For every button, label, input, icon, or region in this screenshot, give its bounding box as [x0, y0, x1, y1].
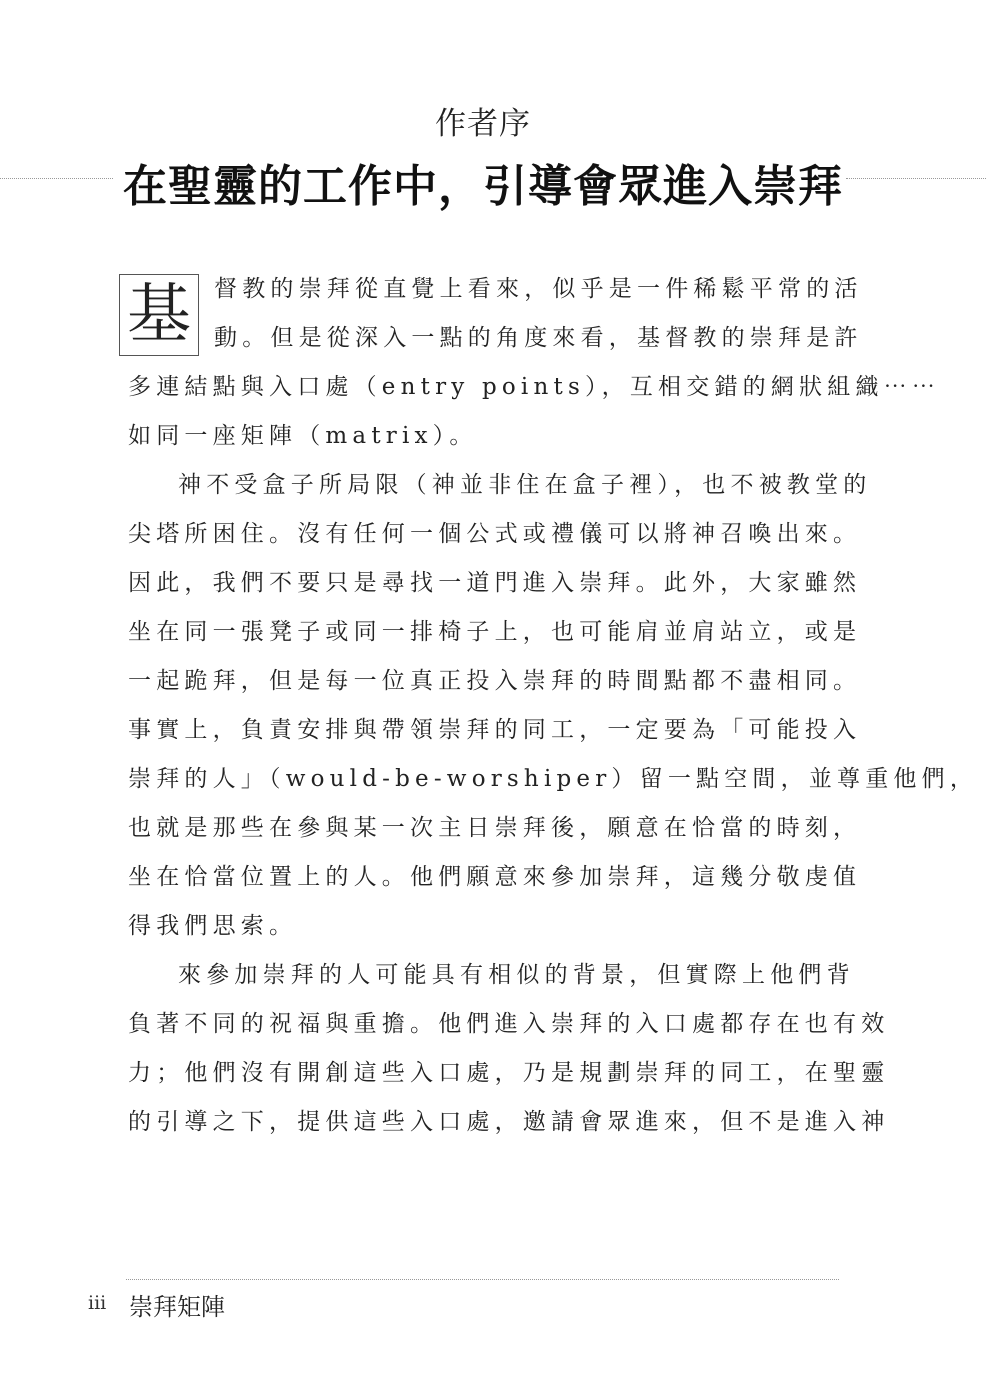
running-footer-title: 崇拜矩陣: [129, 1287, 225, 1322]
body-text: 基 督教的崇拜從直覺上看來，似乎是一件稀鬆平常的活 動。但是從深入一點的角度來看…: [128, 265, 840, 1147]
text-line: 督教的崇拜從直覺上看來，似乎是一件稀鬆平常的活: [128, 265, 840, 314]
text-line: 一起跪拜，但是每一位真正投入崇拜的時間點都不盡相同。: [128, 657, 840, 706]
text-line: 來參加崇拜的人可能具有相似的背景，但實際上他們背: [128, 951, 840, 1000]
text-line: 事實上，負責安排與帶領崇拜的同工，一定要為「可能投入: [128, 706, 840, 755]
text-line: 力；他們沒有開創這些入口處，乃是規劃崇拜的同工，在聖靈: [128, 1049, 840, 1098]
preface-label: 作者序: [0, 98, 966, 143]
text-line: 也就是那些在參與某一次主日崇拜後，願意在恰當的時刻，: [128, 804, 840, 853]
text-line: 如同一座矩陣（matrix）。: [128, 412, 840, 461]
text-line: 神不受盒子所局限（神並非住在盒子裡），也不被教堂的: [128, 461, 840, 510]
text-line: 得我們思索。: [128, 902, 840, 951]
chapter-title: 在聖靈的工作中，引導會眾進入崇拜: [0, 150, 966, 214]
text-line: 尖塔所困住。沒有任何一個公式或禮儀可以將神召喚出來。: [128, 510, 840, 559]
text-line: 崇拜的人」（would-be-worshiper）留一點空間，並尊重他們，: [128, 755, 840, 804]
text-line: 坐在同一張凳子或同一排椅子上，也可能肩並肩站立，或是: [128, 608, 840, 657]
text-line: 多連結點與入口處（entry points），互相交錯的網狀組織⋯⋯: [128, 363, 840, 412]
drop-cap: 基: [119, 274, 199, 356]
text-line: 的引導之下，提供這些入口處，邀請會眾進來，但不是進入神: [128, 1098, 840, 1147]
text-line: 因此，我們不要只是尋找一道門進入崇拜。此外，大家雖然: [128, 559, 840, 608]
text-line: 動。但是從深入一點的角度來看，基督教的崇拜是許: [128, 314, 840, 363]
text-line: 負著不同的祝福與重擔。他們進入崇拜的入口處都存在也有效: [128, 1000, 840, 1049]
footer-rule: [126, 1279, 839, 1280]
text-line: 坐在恰當位置上的人。他們願意來參加崇拜，這幾分敬虔值: [128, 853, 840, 902]
page-number: iii: [88, 1292, 106, 1314]
